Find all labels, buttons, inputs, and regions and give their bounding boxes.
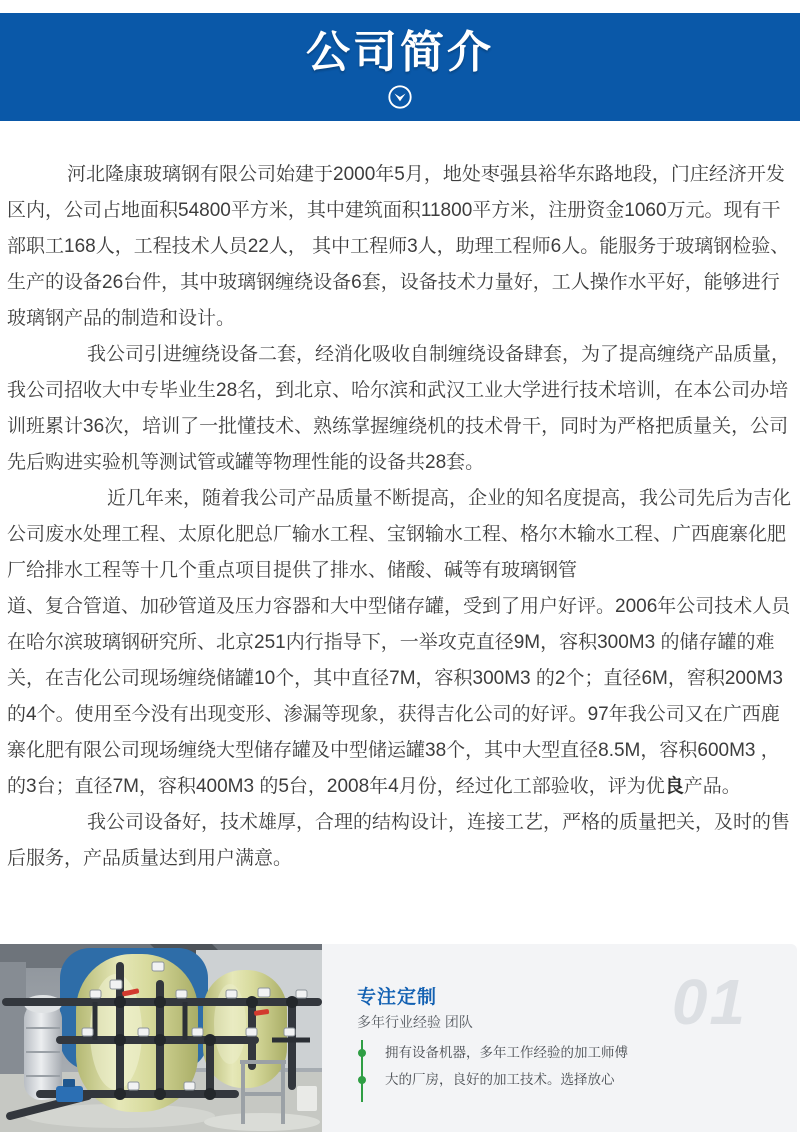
feature-bullets: 拥有设备机器，多年工作经验的加工师傅 大的厂房，良好的加工技术。选择放心 xyxy=(357,1044,628,1098)
bold-char: 良 xyxy=(665,776,684,797)
page-title: 公司简介 xyxy=(306,29,494,77)
feature-index-number: 01 xyxy=(672,970,747,1034)
feature-bullet-text: 拥有设备机器，多年工作经验的加工师傅 xyxy=(385,1045,628,1060)
paragraph-closing: 我公司设备好，技术雄厚，合理的结构设计，连接工艺，严格的质量把关，及时的售后服务… xyxy=(7,805,793,877)
bullet-dot-icon xyxy=(358,1049,366,1057)
paragraph-intro: 河北隆康玻璃钢有限公司始建于2000年5月，地处枣强县裕华东路地段，门庄经济开发… xyxy=(7,157,793,337)
paragraph-projects: 近几年来，随着我公司产品质量不断提高，企业的知名度提高，我公司先后为吉化公司废水… xyxy=(7,481,793,805)
feature-bullet-item: 大的厂房，良好的加工技术。选择放心 xyxy=(357,1071,628,1089)
feature-panel: 01 专注定制 多年行业经验 团队 拥有设备机器，多年工作经验的加工师傅 大的厂… xyxy=(322,944,797,1132)
feature-bullet-text: 大的厂房，良好的加工技术。选择放心 xyxy=(385,1072,615,1087)
bullet-dot-icon xyxy=(358,1076,366,1084)
top-white-strip xyxy=(0,0,800,13)
feature-title: 专注定制 xyxy=(357,982,437,1009)
feature-band: 01 专注定制 多年行业经验 团队 拥有设备机器，多年工作经验的加工师傅 大的厂… xyxy=(0,944,800,1132)
water-treatment-equipment-photo xyxy=(0,944,322,1132)
paragraph-projects-line: 近几年来，随着我公司产品质量不断提高，企业的知名度提高，我公司先后为吉化公司废水… xyxy=(7,488,791,581)
chevron-down-circle-icon[interactable] xyxy=(387,84,413,110)
feature-bullet-item: 拥有设备机器，多年工作经验的加工师傅 xyxy=(357,1044,628,1062)
section-header-banner: 公司简介 xyxy=(0,13,800,121)
paragraph-projects-continue: 道、复合管道、加砂管道及压力容器和大中型储存罐，受到了用户好评。2006年公司技… xyxy=(7,596,790,797)
company-profile-text: 河北隆康玻璃钢有限公司始建于2000年5月，地处枣强县裕华东路地段，门庄经济开发… xyxy=(7,121,793,877)
paragraph-equipment: 我公司引进缠绕设备二套，经消化吸收自制缠绕设备肆套，为了提高缠绕产品质量，我公司… xyxy=(7,337,793,481)
feature-subtitle: 多年行业经验 团队 xyxy=(357,1012,473,1032)
paragraph-projects-end: 产品。 xyxy=(684,776,741,797)
